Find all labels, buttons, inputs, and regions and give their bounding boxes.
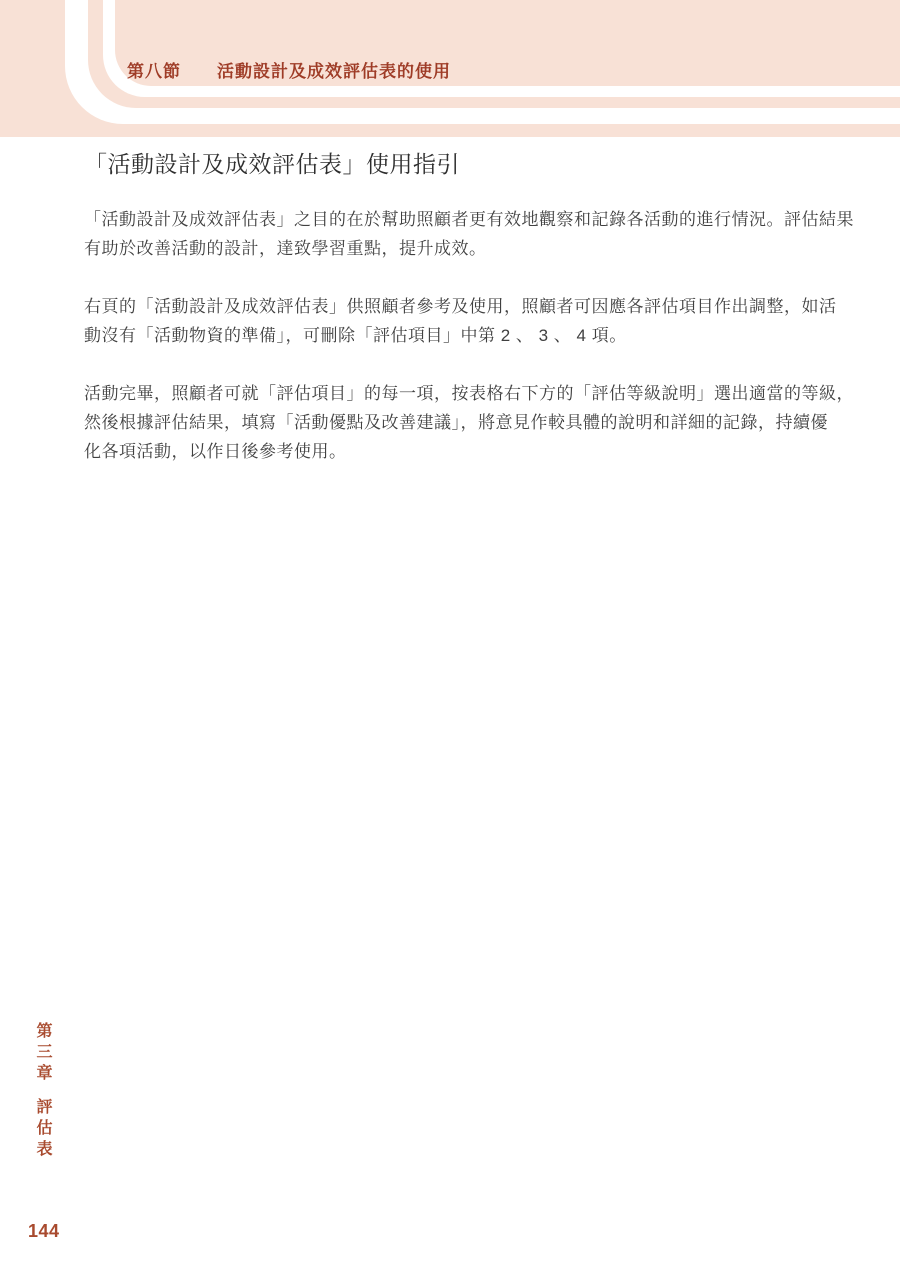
chapter-section-label: 評估表	[31, 1098, 54, 1161]
paragraph-intro: 「活動設計及成效評估表」之目的在於幫助照顧者更有效地觀察和記錄各活動的進行情況。…	[84, 205, 866, 263]
paragraph-usage: 右頁的「活動設計及成效評估表」供照顧者參考及使用，照顧者可因應各評估項目作出調整…	[84, 292, 866, 350]
section-label: 第八節	[127, 57, 181, 82]
paragraph-evaluation: 活動完畢，照顧者可就「評估項目」的每一項，按表格右下方的「評估等級說明」選出適當…	[84, 379, 866, 466]
page-number: 144	[28, 1221, 60, 1242]
chapter-sidebar: 第三章 評估表	[31, 1022, 54, 1161]
section-title: 活動設計及成效評估表的使用	[217, 57, 451, 82]
document-page: 第八節 活動設計及成效評估表的使用 「活動設計及成效評估表」使用指引 「活動設計…	[0, 0, 900, 1274]
section-header: 第八節 活動設計及成效評估表的使用	[127, 57, 451, 82]
page-title: 「活動設計及成效評估表」使用指引	[84, 146, 866, 179]
header-band: 第八節 活動設計及成效評估表的使用	[0, 0, 900, 137]
chapter-label: 第三章	[31, 1022, 54, 1085]
main-content: 「活動設計及成效評估表」使用指引 「活動設計及成效評估表」之目的在於幫助照顧者更…	[84, 146, 866, 495]
